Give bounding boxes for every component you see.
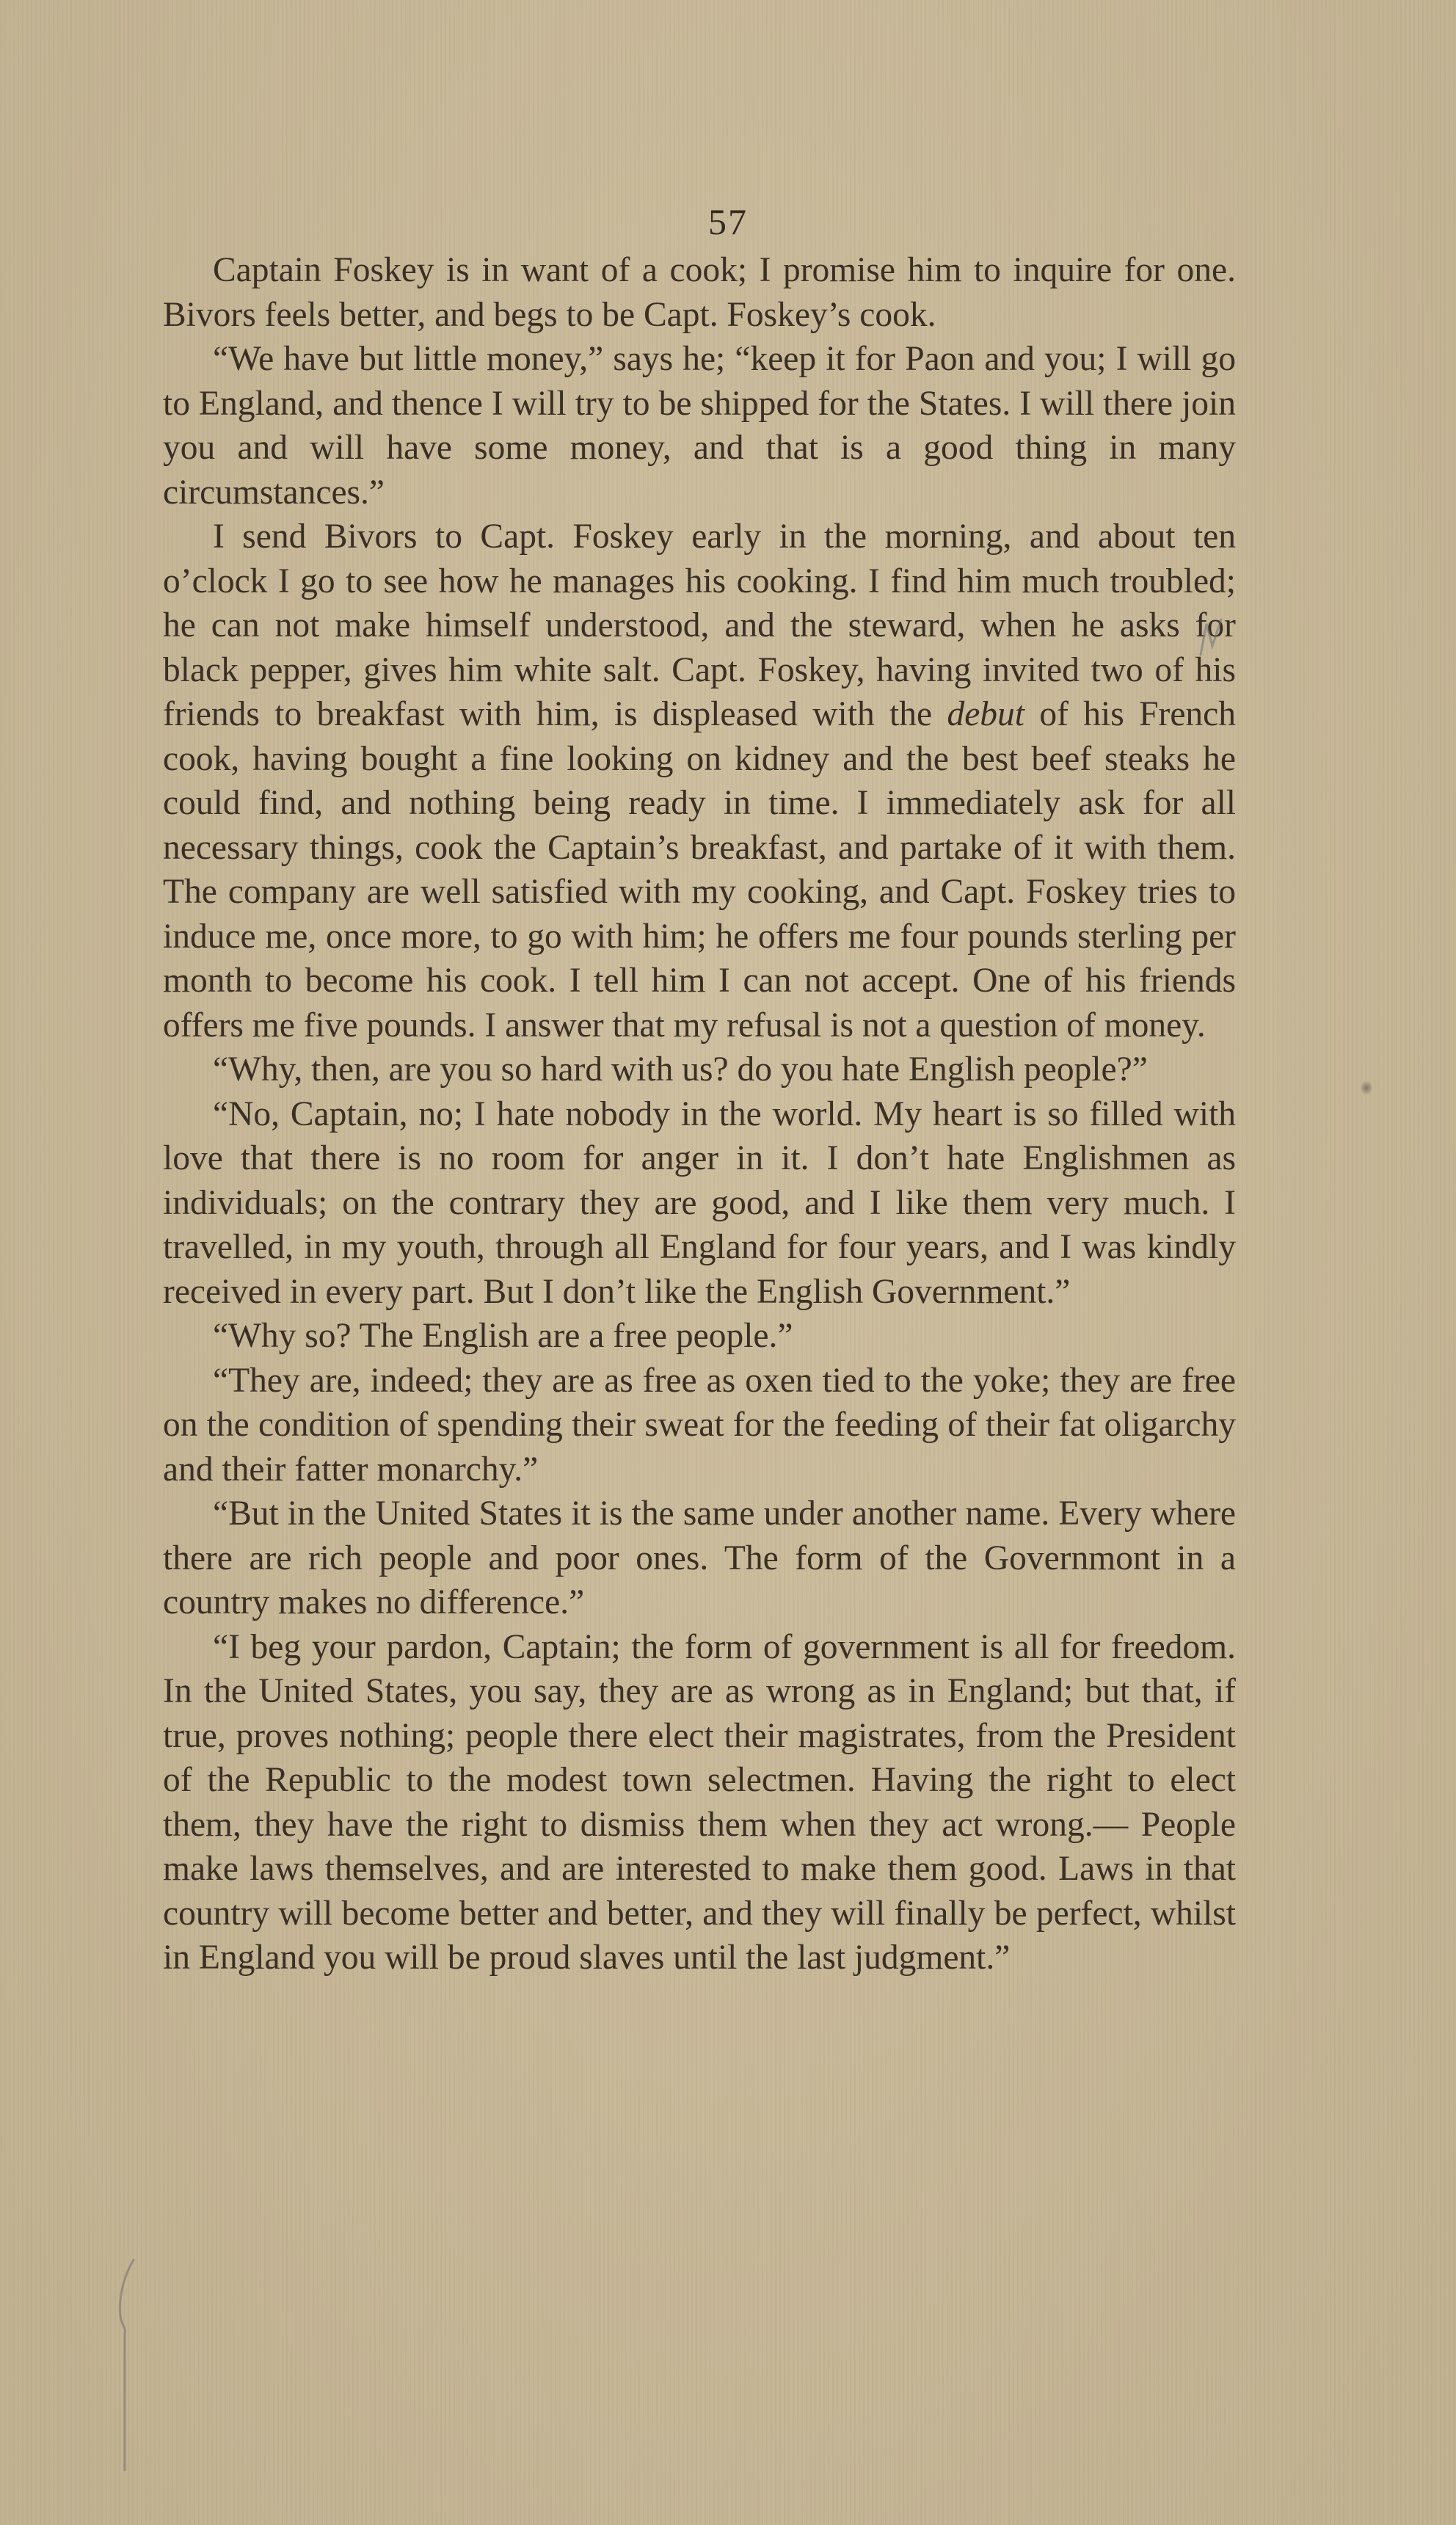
paragraph-8: “But in the United States it is the same… — [163, 1492, 1236, 1625]
paragraph-1: Captain Foskey is in want of a cook; I p… — [163, 248, 1236, 337]
paragraph-9: “I beg your pardon, Captain; the form of… — [163, 1625, 1236, 1980]
paragraph-7: “They are, indeed; they are as free as o… — [163, 1359, 1236, 1492]
paragraph-2: “We have but little money,” says he; “ke… — [163, 337, 1236, 515]
paragraph-5: “No, Captain, no; I hate nobody in the w… — [163, 1092, 1236, 1315]
italic-word-debut: debut — [947, 695, 1024, 733]
paragraph-4: “Why, then, are you so hard with us? do … — [163, 1047, 1236, 1092]
page-number: 57 — [0, 200, 1456, 244]
margin-bracket-icon — [116, 2257, 136, 2477]
pencil-correction-mark-icon — [1196, 617, 1226, 661]
body-text: Captain Foskey is in want of a cook; I p… — [163, 248, 1236, 1980]
paragraph-3: I send Bivors to Capt. Foskey early in t… — [163, 515, 1236, 1047]
paragraph-6: “Why so? The English are a free people.” — [163, 1314, 1236, 1359]
paper-speck — [1361, 1079, 1372, 1097]
paragraph-3-part-2: of his French cook, having bought a fine… — [163, 695, 1236, 1044]
